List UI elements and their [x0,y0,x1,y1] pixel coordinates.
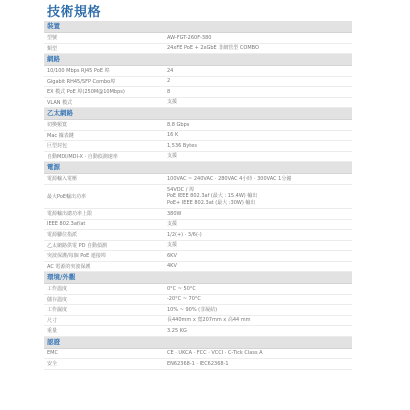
row-label: 電源輸出總功率上限 [44,210,167,217]
row-value: 100VAC ~ 240VAC · 280VAC 4小時 · 300VAC 1分… [167,174,352,184]
section-power: 電源 電源輸入電壓100VAC ~ 240VAC · 280VAC 4小時 · … [44,162,352,272]
row-label: Gigabit RH45/SFP Combo埠 [44,78,167,85]
table-row: Mac 據表鍵16 K [44,131,352,142]
row-value: 支援 [167,241,352,251]
table-row: 突波保護/每個 PoE 連接埠6KV [44,251,352,262]
row-label: 突波保護/每個 PoE 連接埠 [44,252,167,259]
row-value: 8.8 Gbps [167,120,352,130]
row-label: 乙太網路供電 PD 自動偵測 [44,242,167,249]
row-label: 最大PoE輸出功率 [44,193,167,200]
table-row: 電源腳位指派1/2(+) · 3/6(-) [44,230,352,241]
table-row: IEEE 802.3af/at支援 [44,220,352,231]
table-row: VLAN 模式支援 [44,98,352,109]
row-label: VLAN 模式 [44,99,167,106]
table-row: EX 模式 PoE 埠(250M@10Mbps)8 [44,87,352,98]
row-label: 自動MDI/MDI-X · 自動偵測速率 [44,153,167,160]
row-value: AW-FGT-260F-380 [167,33,352,43]
row-label: Mac 據表鍵 [44,132,167,139]
table-row: 類型24xFE PoE + 2xGbE 非網管型 COMBO [44,44,352,55]
section-certification: 認證 EMCCE · UKCA · FCC · VCCI · C-Tick Cl… [44,337,352,370]
table-row: EMCCE · UKCA · FCC · VCCI · C-Tick Class… [44,349,352,360]
row-label: 電源腳位指派 [44,231,167,238]
row-label: 巨型封包 [44,142,167,149]
row-label: 尺寸 [44,317,167,324]
table-row: 重量3.25 KG [44,326,352,337]
row-label: 型號 [44,34,167,41]
table-row: 乙太網路供電 PD 自動偵測支援 [44,241,352,252]
section-ethernet: 乙太網路 切換頻寬8.8 Gbps Mac 據表鍵16 K 巨型封包1,536 … [44,108,352,162]
row-value: 10% ~ 90% (非凝結) [167,305,352,315]
row-label: EX 模式 PoE 埠(250M@10Mbps) [44,88,167,95]
section-header: 電源 [44,162,352,174]
table-row: 巨型封包1,536 Bytes [44,141,352,152]
row-value: 24xFE PoE + 2xGbE 非網管型 COMBO [167,44,352,54]
section-header: 環境/外觀 [44,272,352,284]
section-header: 裝置 [44,21,352,33]
section-header: 乙太網路 [44,108,352,120]
row-value: 54VDC / 埠PoE IEEE 802.3af (最大 : 15.4W) 輸… [167,185,352,209]
section-network: 網路 10/100 Mbps RJ45 PoE 埠24 Gigabit RH45… [44,54,352,108]
row-label: 電源輸入電壓 [44,175,167,182]
table-row: 儲存溫度-20°C ~ 70°C [44,295,352,306]
section-device: 裝置 型號AW-FGT-260F-380 類型24xFE PoE + 2xGbE… [44,21,352,54]
row-value: CE · UKCA · FCC · VCCI · C-Tick Class A [167,349,352,359]
table-row: 安全EN62368-1 · IEC62368-1 [44,359,352,370]
row-value: 0°C ~ 50°C [167,284,352,294]
table-row: 電源輸入電壓100VAC ~ 240VAC · 280VAC 4小時 · 300… [44,174,352,185]
row-value: 2 [167,77,352,87]
row-label: 工作濕度 [44,306,167,313]
row-label: 10/100 Mbps RJ45 PoE 埠 [44,67,167,74]
row-value: 支援 [167,152,352,162]
row-label: 安全 [44,360,167,367]
page-title: 技術規格 [47,1,101,20]
section-environment: 環境/外觀 工作溫度0°C ~ 50°C 儲存溫度-20°C ~ 70°C 工作… [44,272,352,337]
value-line: PoE+ IEEE 802.3at (最大 :30W) 輸出 [167,200,352,207]
row-value: 支援 [167,98,352,108]
table-row: AC 電源的突波保護4KV [44,262,352,273]
row-value: 6KV [167,251,352,261]
table-row: 切換頻寬8.8 Gbps [44,120,352,131]
row-value: 24 [167,66,352,76]
row-label: 切換頻寬 [44,121,167,128]
table-row: 工作濕度10% ~ 90% (非凝結) [44,305,352,316]
table-row: 10/100 Mbps RJ45 PoE 埠24 [44,66,352,77]
section-header: 認證 [44,337,352,349]
section-header: 網路 [44,54,352,66]
spec-table: 裝置 型號AW-FGT-260F-380 類型24xFE PoE + 2xGbE… [44,21,352,370]
row-value: 長440mm x 寬207mm x 高44 mm [167,316,352,326]
table-row: 電源輸出總功率上限380W [44,209,352,220]
row-label: AC 電源的突波保護 [44,263,167,270]
table-row: Gigabit RH45/SFP Combo埠2 [44,77,352,88]
row-label: 重量 [44,327,167,334]
table-row: 自動MDI/MDI-X · 自動偵測速率支援 [44,152,352,163]
row-value: 8 [167,87,352,97]
row-value: 4KV [167,262,352,272]
row-value: EN62368-1 · IEC62368-1 [167,359,352,369]
row-label: IEEE 802.3af/at [44,221,167,227]
row-value: 380W [167,209,352,219]
table-row: 型號AW-FGT-260F-380 [44,33,352,44]
row-label: EMC [44,350,167,356]
row-label: 工作溫度 [44,285,167,292]
table-row: 尺寸長440mm x 寬207mm x 高44 mm [44,316,352,327]
row-label: 儲存溫度 [44,296,167,303]
table-row: 工作溫度0°C ~ 50°C [44,284,352,295]
row-value: -20°C ~ 70°C [167,295,352,305]
row-value: 16 K [167,131,352,141]
row-label: 類型 [44,45,167,52]
row-value: 3.25 KG [167,326,352,336]
table-row: 最大PoE輸出功率54VDC / 埠PoE IEEE 802.3af (最大 :… [44,185,352,210]
row-value: 1/2(+) · 3/6(-) [167,230,352,240]
row-value: 1,536 Bytes [167,141,352,151]
row-value: 支援 [167,220,352,230]
